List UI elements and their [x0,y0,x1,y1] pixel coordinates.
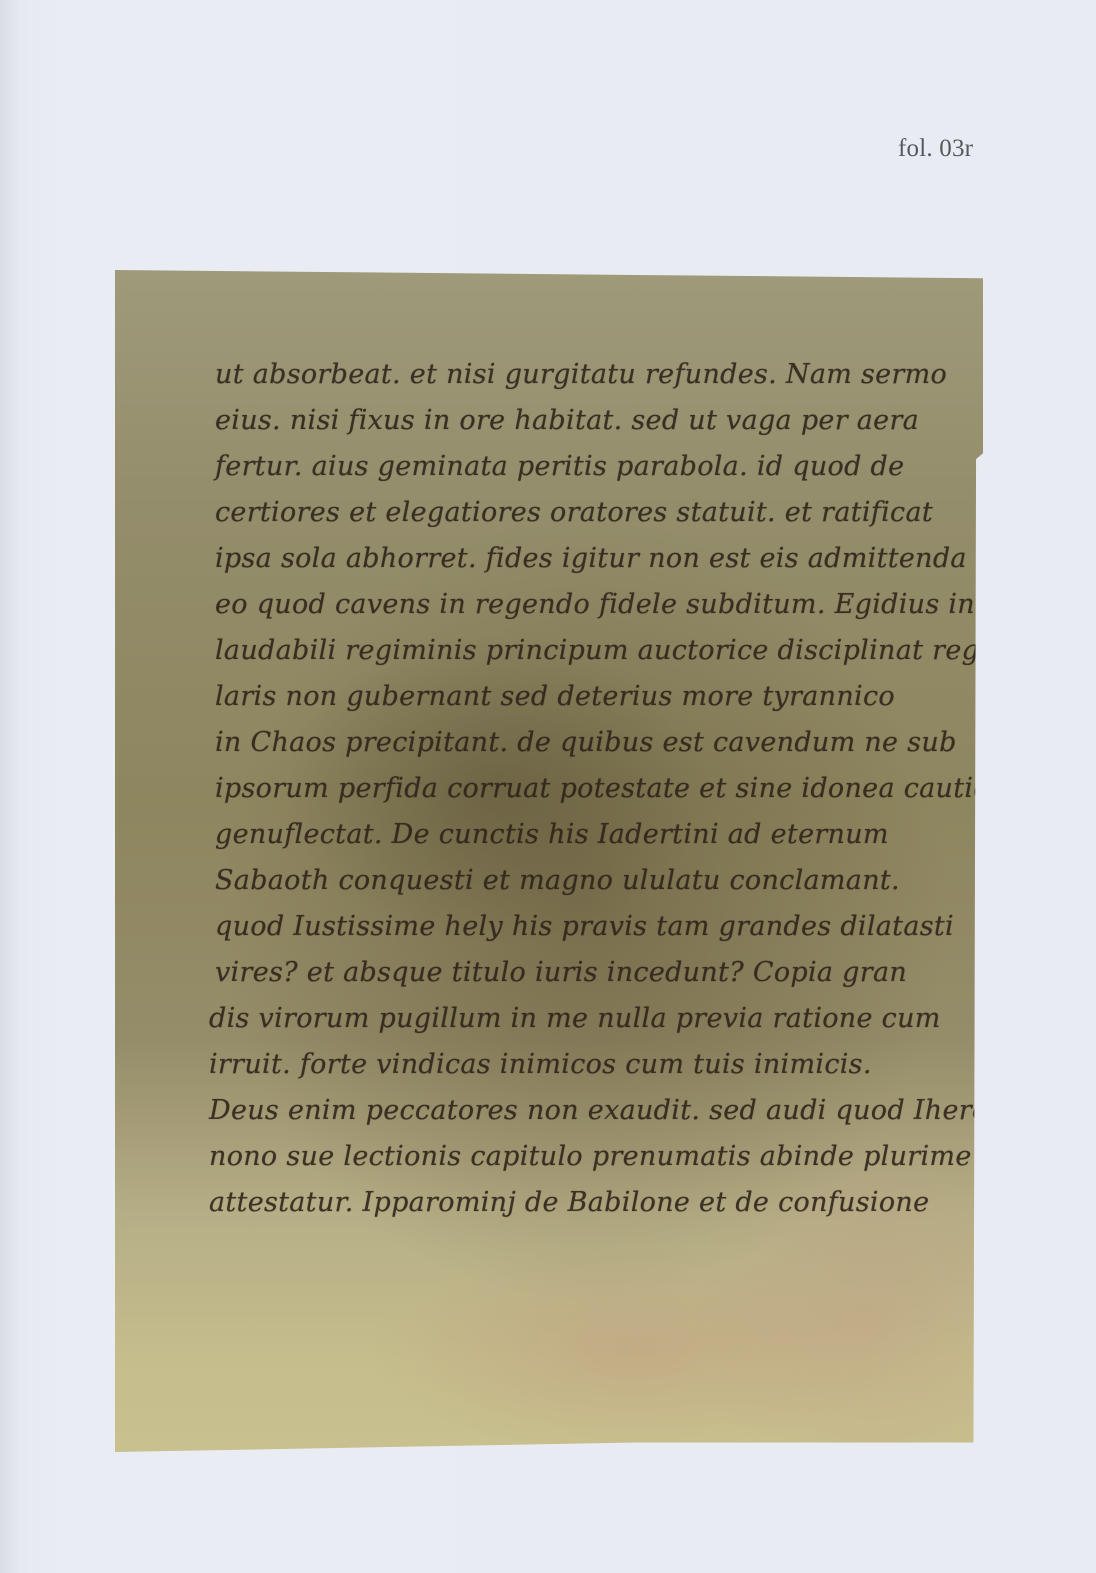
manuscript-line: nono sue lectionis capitulo prenumatis a… [209,1134,915,1180]
manuscript-line: attestatur. Ipparominj de Babilone et de… [209,1180,915,1226]
folio-label: fol. 03r [898,135,973,163]
manuscript-line: laris non gubernant sed deterius more ty… [215,674,915,720]
manuscript-line: ut absorbeat. et nisi gurgitatu refundes… [215,352,915,398]
manuscript-text: ut absorbeat. et nisi gurgitatu refundes… [215,352,915,1226]
manuscript-line: Sabaoth conquesti et magno ululatu concl… [215,858,915,904]
manuscript-line: laudabili regiminis principum auctorice … [215,628,915,674]
manuscript-line: dis virorum pugillum in me nulla previa … [209,996,915,1042]
manuscript-page: ut absorbeat. et nisi gurgitatu refundes… [115,270,983,1452]
manuscript-line: genuflectat. De cunctis his Iadertini ad… [215,812,915,858]
manuscript-line: ipsorum perfida corruat potestate et sin… [215,766,915,812]
manuscript-line: certiores et elegatiores oratores statui… [215,490,915,536]
manuscript-line: in Chaos precipitant. de quibus est cave… [215,720,915,766]
manuscript-line: Deus enim peccatores non exaudit. sed au… [209,1088,915,1134]
manuscript-line: eo quod cavens in regendo fidele subditu… [215,582,915,628]
manuscript-line: eius. nisi fixus in ore habitat. sed ut … [215,398,915,444]
manuscript-line: irruit. forte vindicas inimicos cum tuis… [209,1042,915,1088]
manuscript-line: fertur. aius geminata peritis parabola. … [215,444,915,490]
manuscript-line: ipsa sola abhorret. fides igitur non est… [215,536,915,582]
manuscript-line: vires? et absque titulo iuris incedunt? … [215,950,915,996]
manuscript-line: quod Iustissime hely his pravis tam gran… [215,904,915,950]
